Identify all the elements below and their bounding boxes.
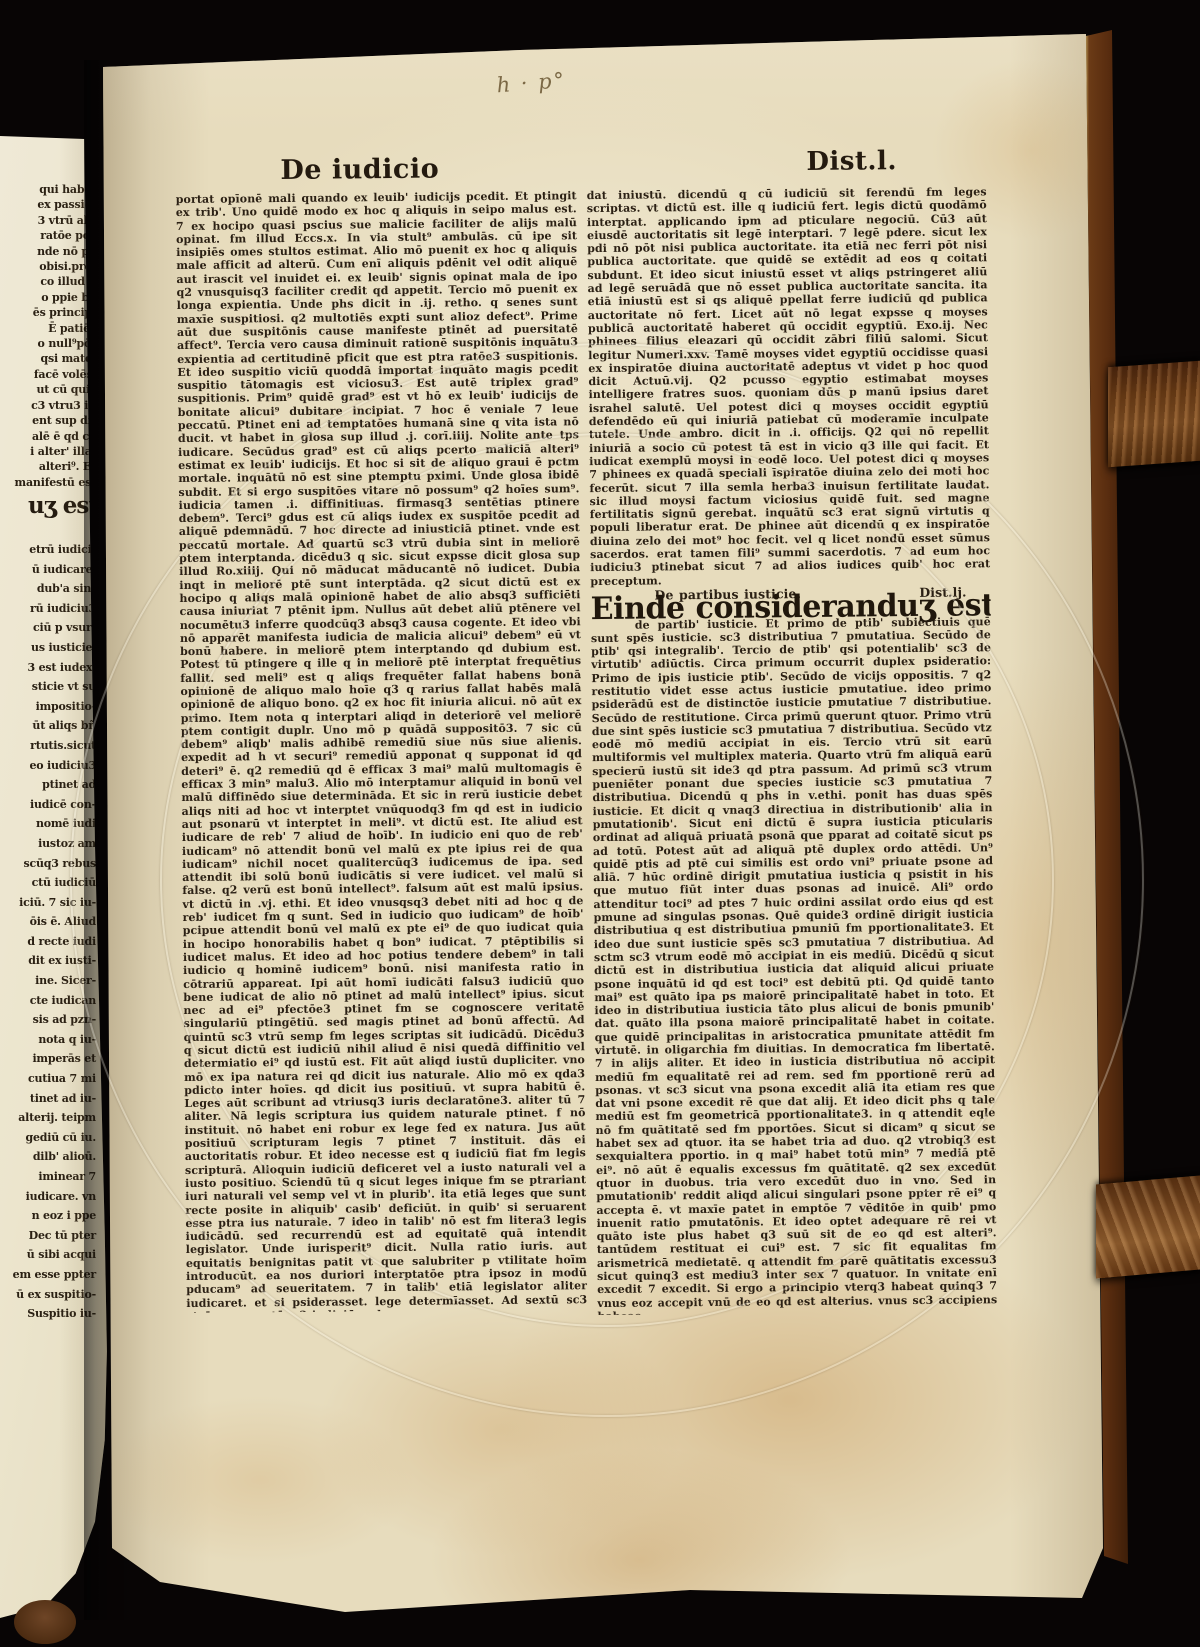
- printed-text-block: h · p° De iudicio Dist.l. portat opīonē …: [0, 0, 1200, 1647]
- column-right-body-after: de partib' iusticie. Et primo de ptib' s…: [591, 615, 998, 1315]
- column-left-body: portat opīonē mali quando ex leuib' iudi…: [176, 189, 588, 1313]
- text-column-right: dat iniustū. dicendū q cū iudiciū sit fe…: [587, 185, 998, 1315]
- column-right-body-before: dat iniustū. dicendū q cū iudiciū sit fe…: [587, 185, 991, 588]
- clasp-strap-bottom: [1096, 1175, 1200, 1278]
- text-column-left: portat opīonē mali quando ex leuib' iudi…: [176, 189, 588, 1313]
- running-title-left: De iudicio: [280, 154, 439, 187]
- clasp-strap-top: [1108, 361, 1200, 467]
- running-title-right: Dist.l.: [806, 146, 897, 177]
- chapter-incipit: Einde consideranduʒ est: [591, 600, 979, 617]
- manuscript-foliation-mark: h · p°: [496, 68, 567, 97]
- book-page: h · p° De iudicio Dist.l. portat opīonē …: [0, 0, 1200, 1647]
- binding-board-corner: [14, 1600, 76, 1644]
- book-photo: { "photo": { "description": "Photograph …: [0, 0, 1200, 1647]
